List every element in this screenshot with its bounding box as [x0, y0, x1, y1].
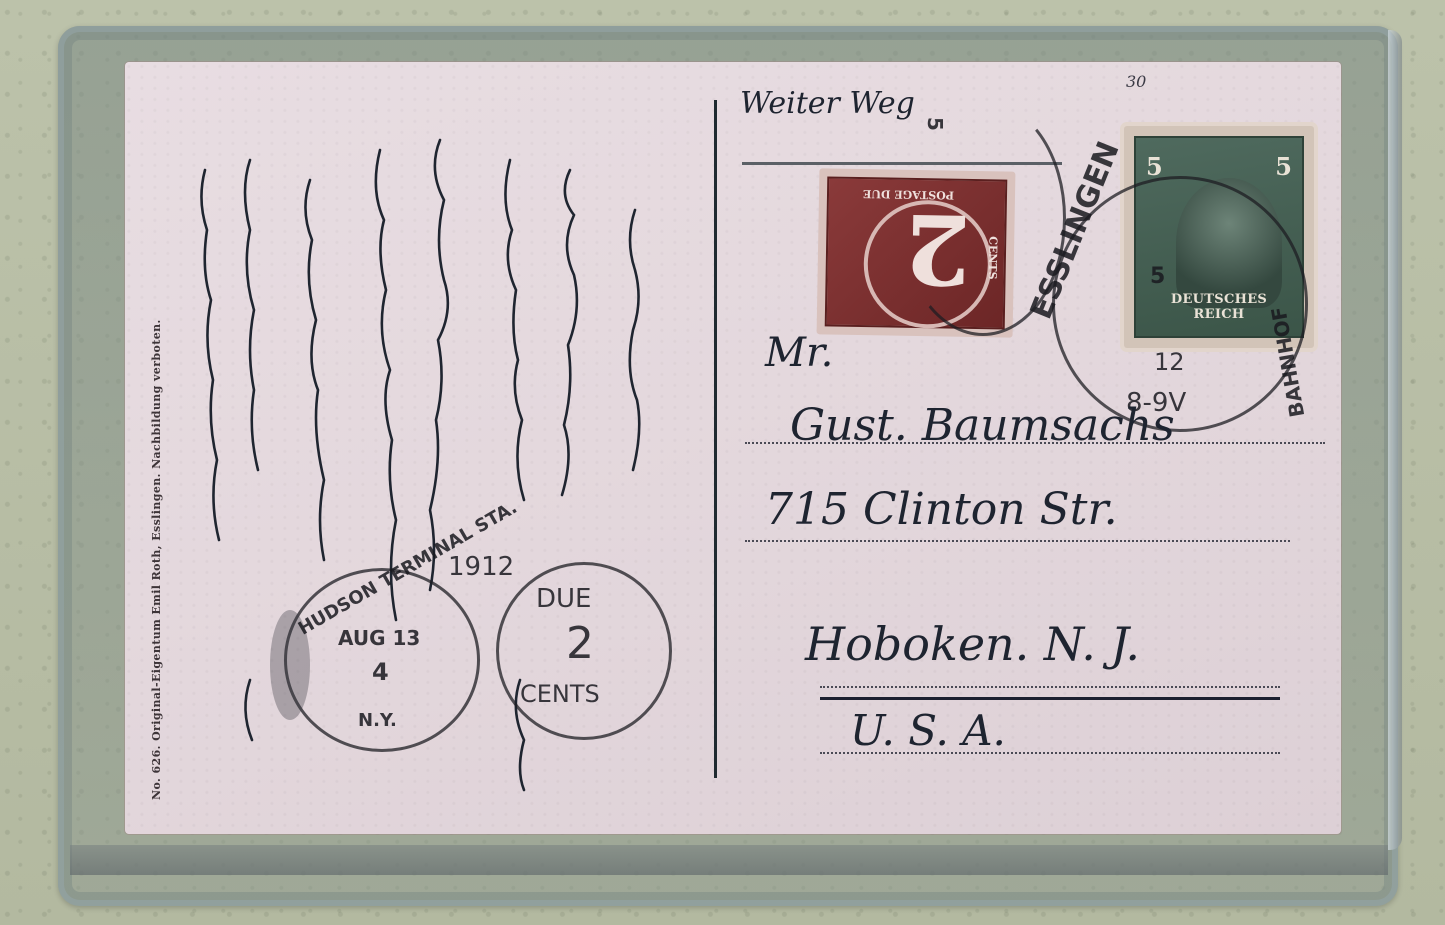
hudson-postmark-city: N.Y.	[358, 710, 397, 731]
address-street: 715 Clinton Str.	[765, 484, 1118, 535]
partial-postmark	[900, 100, 1066, 336]
esslingen-postmark-year: 12	[1154, 348, 1185, 376]
due-handstamp-bottom: CENTS	[520, 680, 600, 708]
address-line-1	[745, 442, 1325, 444]
pencil-mark: 30	[1126, 72, 1146, 91]
handwritten-note: Weiter Weg	[740, 86, 915, 121]
hudson-postmark-hour: 4	[372, 658, 389, 686]
address-salutation: Mr.	[765, 330, 833, 376]
sleeve-bottom-edge	[70, 845, 1388, 875]
sleeve-edge	[1388, 30, 1402, 850]
esslingen-postmark-line: 5	[1150, 264, 1165, 289]
address-line-4	[820, 752, 1280, 754]
postmark-year: 1912	[448, 552, 514, 582]
hudson-postmark-date: AUG 13	[338, 626, 420, 650]
card-divider-line	[714, 100, 717, 778]
address-line-2	[745, 540, 1290, 542]
due-handstamp-value: 2	[566, 618, 594, 669]
publisher-imprint: No. 626. Original-Eigentum Emil Roth, Es…	[150, 319, 163, 800]
address-city: Hoboken. N. J.	[805, 617, 1140, 671]
due-handstamp-top: DUE	[536, 584, 591, 614]
address-country: U. S. A.	[850, 706, 1006, 755]
address-line-3	[820, 686, 1280, 688]
partial-postmark-digit: 5	[923, 117, 947, 131]
city-underline	[820, 697, 1280, 700]
